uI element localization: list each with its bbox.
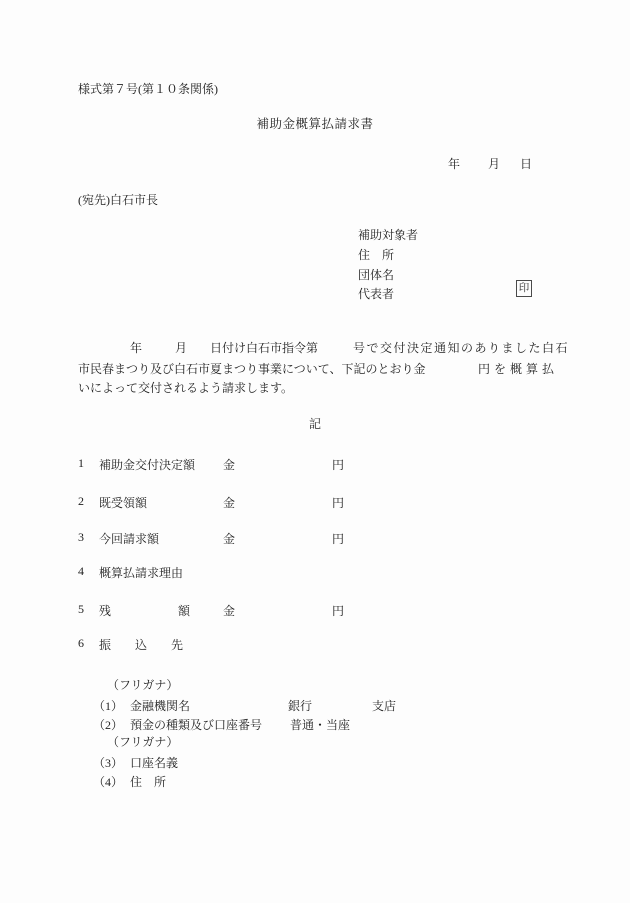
form-number: 様式第７号(第１０条関係)	[78, 82, 218, 97]
bank-row-3: （3） 口座名義	[93, 754, 593, 770]
bank-row-label: 金融機関名	[130, 697, 190, 714]
ki-heading: 記	[0, 417, 630, 432]
item-label-b: 額	[178, 602, 190, 619]
bank-row-label: 住 所	[130, 773, 166, 790]
paragraph-line-1: 年 月 日付け白石市指令第 号で交付決定通知のありました白石	[78, 339, 570, 355]
unit-label: 円	[332, 456, 344, 473]
applicant-address-label: 住 所	[358, 248, 394, 263]
currency-label: 金	[223, 494, 235, 511]
paragraph-number-suffix: 号で交付決定通知のありました白石	[353, 339, 569, 356]
paragraph-year-label: 年	[130, 339, 142, 356]
item-row-3: 3 今回請求額 金 円	[78, 530, 558, 546]
bank-row-2: （2） 預金の種類及び口座番号 普通・当座	[93, 716, 593, 732]
item-number: 4	[78, 564, 84, 579]
item-number: 6	[78, 636, 84, 651]
branch-suffix-label: 支店	[372, 697, 396, 714]
item-label: 今回請求額	[99, 530, 159, 547]
applicant-representative-label: 代表者	[358, 287, 394, 302]
date-month-label: 月	[488, 155, 500, 172]
furigana-label-1: （フリガナ）	[107, 678, 178, 693]
paragraph-line2-seg2: 円を概算払	[478, 360, 558, 377]
item-row-4: 4 概算払請求理由	[78, 564, 558, 580]
applicant-group-label: 団体名	[358, 268, 394, 283]
bank-row-4: （4） 住 所	[93, 773, 593, 789]
item-row-2: 2 既受領額 金 円	[78, 494, 558, 510]
unit-label: 円	[332, 602, 344, 619]
bank-row-label: 口座名義	[130, 754, 178, 771]
currency-label: 金	[223, 602, 235, 619]
currency-label: 金	[223, 456, 235, 473]
item-label: 補助金交付決定額	[99, 456, 195, 473]
date-year-label: 年	[448, 155, 460, 172]
date-day-label: 日	[520, 155, 532, 172]
item-number: 3	[78, 530, 84, 545]
bank-row-number: （4）	[93, 773, 123, 790]
account-type-label: 普通・当座	[290, 716, 350, 733]
applicant-heading: 補助対象者	[358, 228, 418, 243]
paragraph-date-suffix: 日付け白石市指令第	[210, 339, 318, 356]
item-row-5: 5 残 額 金 円	[78, 602, 558, 618]
bank-row-number: （2）	[93, 716, 123, 733]
bank-suffix-label: 銀行	[288, 697, 312, 714]
document-title: 補助金概算払請求書	[0, 117, 630, 133]
bank-row-1: （1） 金融機関名 銀行 支店	[93, 697, 593, 713]
currency-label: 金	[223, 530, 235, 547]
item-number: 1	[78, 456, 84, 471]
item-row-1: 1 補助金交付決定額 金 円	[78, 456, 558, 472]
item-label: 振 込 先	[99, 636, 183, 653]
addressee: (宛先)白石市長	[78, 193, 158, 208]
unit-label: 円	[332, 530, 344, 547]
item-row-6: 6 振 込 先	[78, 636, 558, 652]
document-page: 様式第７号(第１０条関係) 補助金概算払請求書 年 月 日 (宛先)白石市長 補…	[0, 0, 630, 903]
seal-mark-icon: 印	[516, 280, 532, 297]
unit-label: 円	[332, 494, 344, 511]
paragraph-line-2: 市民春まつり及び白石市夏まつり事業について、下記のとおり金 円を概算払	[78, 360, 570, 376]
date-line: 年 月 日	[448, 155, 548, 171]
paragraph-line2-seg1: 市民春まつり及び白石市夏まつり事業について、下記のとおり金	[78, 360, 426, 377]
bank-row-number: （3）	[93, 754, 123, 771]
furigana-label-2: （フリガナ）	[107, 735, 178, 750]
item-label: 概算払請求理由	[99, 564, 183, 581]
item-number: 2	[78, 494, 84, 509]
paragraph-line-3: いによって交付されるよう請求します。	[78, 381, 293, 396]
paragraph-month-label: 月	[175, 339, 187, 356]
item-label-a: 残	[99, 602, 111, 619]
bank-row-number: （1）	[93, 697, 123, 714]
item-label: 既受領額	[99, 494, 147, 511]
item-number: 5	[78, 602, 84, 617]
bank-row-label: 預金の種類及び口座番号	[130, 716, 262, 733]
